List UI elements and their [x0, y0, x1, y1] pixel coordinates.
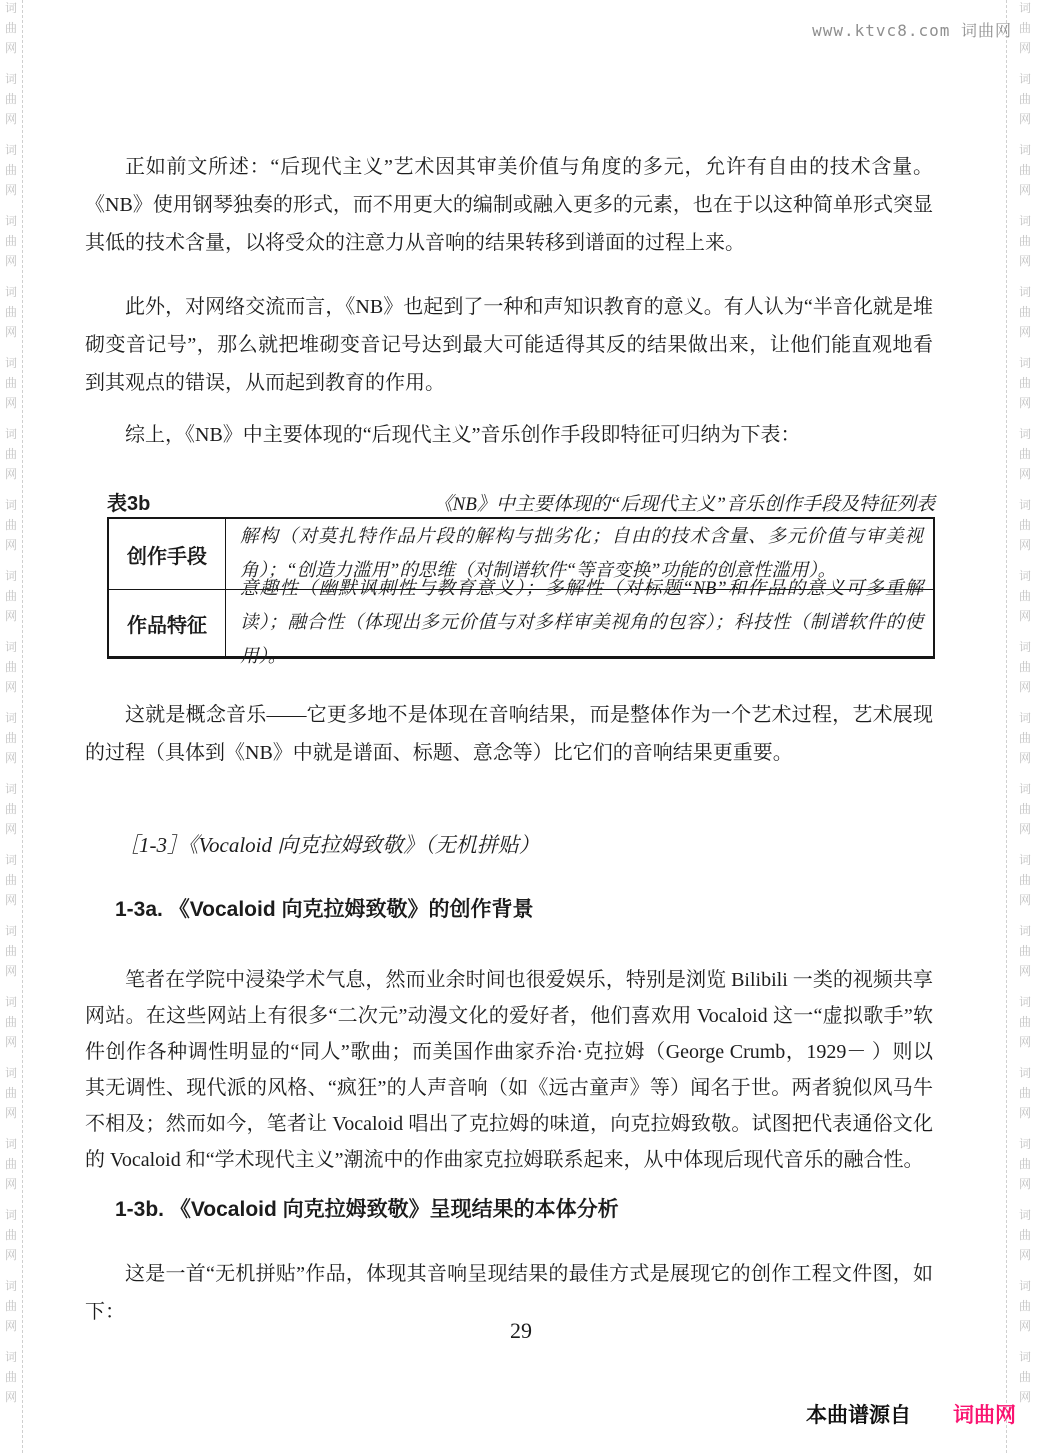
footer-source-label: 本曲谱源自	[806, 1399, 911, 1429]
subheading-1-3a-block: 1-3a. 《Vocaloid 向克拉姆致敬》的创作背景	[85, 898, 933, 922]
header-site-watermark: www.ktvc8.com 词曲网	[812, 18, 1012, 41]
features-table: 创作手段 解构（对莫扎特作品片段的解构与拙劣化；自由的技术含量、多元价值与审美视…	[107, 517, 935, 659]
table-caption: 《NB》中主要体现的“后现代主义”音乐创作手段及特征列表	[434, 489, 935, 516]
subheading-1-3b: 1-3b. 《Vocaloid 向克拉姆致敬》呈现结果的本体分析	[115, 1198, 933, 1222]
table-row-header: 作品特征	[109, 590, 226, 656]
paragraph-4-text: 这就是概念音乐——它更多地不是体现在音响结果，而是整体作为一个艺术过程，艺术展现…	[85, 696, 933, 772]
paragraph-4: 这就是概念音乐——它更多地不是体现在音响结果，而是整体作为一个艺术过程，艺术展现…	[85, 696, 933, 772]
table-caption-row: 表3b 《NB》中主要体现的“后现代主义”音乐创作手段及特征列表	[107, 487, 935, 516]
table-row-content: 意趣性（幽默讽刺性与教育意义）；多解性（对标题“NB”和作品的意义可多重解读）；…	[226, 590, 933, 656]
footer-site-link: 词曲网	[953, 1399, 1016, 1429]
page-number: 29	[0, 1318, 1042, 1344]
paragraph-5: 笔者在学院中浸染学术气息，然而业余时间也很爱娱乐，特别是浏览 Bilibili …	[85, 962, 933, 1178]
paragraph-2: 此外，对网络交流而言，《NB》也起到了一种和声知识教育的意义。有人认为“半音化就…	[85, 288, 933, 402]
document-page: 词曲网词曲网词曲网词曲网词曲网词曲网词曲网词曲网词曲网词曲网词曲网词曲网词曲网词…	[0, 0, 1042, 1453]
subheading-1-3b-block: 1-3b. 《Vocaloid 向克拉姆致敬》呈现结果的本体分析	[85, 1198, 933, 1222]
paragraph-1-text: 正如前文所述：“后现代主义”艺术因其审美价值与角度的多元，允许有自由的技术含量。…	[85, 148, 933, 262]
right-dashed-rule	[1006, 0, 1007, 1453]
paragraph-2-text: 此外，对网络交流而言，《NB》也起到了一种和声知识教育的意义。有人认为“半音化就…	[85, 288, 933, 402]
table-row: 作品特征 意趣性（幽默讽刺性与教育意义）；多解性（对标题“NB”和作品的意义可多…	[109, 589, 933, 656]
paragraph-1: 正如前文所述：“后现代主义”艺术因其审美价值与角度的多元，允许有自由的技术含量。…	[85, 148, 933, 262]
subheading-1-3a: 1-3a. 《Vocaloid 向克拉姆致敬》的创作背景	[115, 898, 933, 922]
table-row-header: 创作手段	[109, 519, 226, 589]
left-dashed-rule	[22, 0, 23, 1453]
section-heading-block: ［1-3］《Vocaloid 向克拉姆致敬》（无机拼贴）	[85, 832, 933, 858]
right-watermark-column: 词曲网词曲网词曲网词曲网词曲网词曲网词曲网词曲网词曲网词曲网词曲网词曲网词曲网词…	[1019, 2, 1031, 1453]
left-watermark-column: 词曲网词曲网词曲网词曲网词曲网词曲网词曲网词曲网词曲网词曲网词曲网词曲网词曲网词…	[5, 2, 17, 1453]
table-label: 表3b	[107, 487, 150, 516]
section-heading: ［1-3］《Vocaloid 向克拉姆致敬》（无机拼贴）	[118, 832, 933, 858]
paragraph-3: 综上，《NB》中主要体现的“后现代主义”音乐创作手段即特征可归纳为下表：	[85, 416, 933, 454]
paragraph-5-text: 笔者在学院中浸染学术气息，然而业余时间也很爱娱乐，特别是浏览 Bilibili …	[85, 962, 933, 1178]
paragraph-3-text: 综上，《NB》中主要体现的“后现代主义”音乐创作手段即特征可归纳为下表：	[85, 416, 933, 454]
